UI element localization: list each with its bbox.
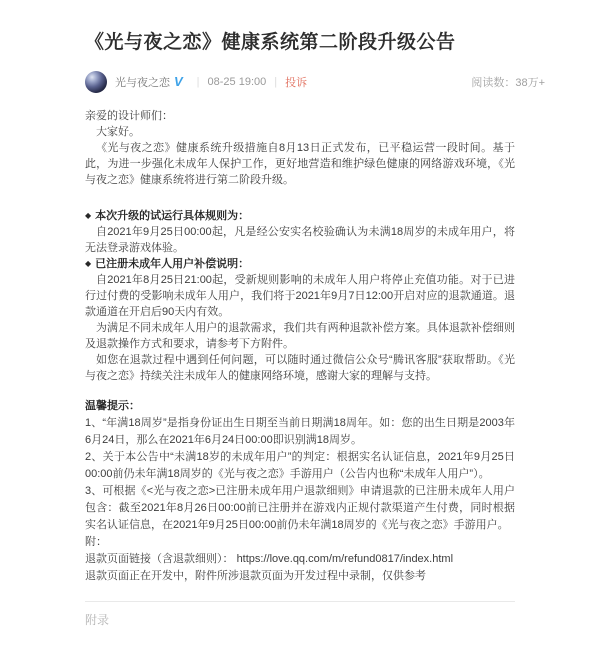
report-link[interactable]: 投诉: [285, 74, 307, 90]
rules-paragraph: 自2021年9月25日00:00起，凡是经公安实名校验确认为未满18周岁的未成年…: [85, 224, 515, 256]
tip-item-2: 2、关于本公告中“未满18岁的未成年用户”的判定：根据实名认证信息，2021年9…: [85, 449, 515, 483]
refund-note-line: 退款页面正在开发中，附件所涉退款页面为开发过程中录制，仅供参考: [85, 568, 515, 585]
section-title-compensation: ◆已注册未成年人用户补偿说明：: [85, 256, 515, 272]
diamond-bullet-icon: ◆: [85, 211, 91, 220]
greeting-line: 亲爱的设计师们：: [85, 108, 515, 124]
meta-separator: |: [197, 76, 200, 88]
author-avatar[interactable]: [85, 71, 107, 93]
compensation-paragraph-3: 如您在退款过程中遇到任何问题，可以随时通过微信公众号“腾讯客服”获取帮助。《光与…: [85, 352, 515, 384]
read-count-label: 阅读数：38万+: [471, 74, 545, 90]
refund-link-url[interactable]: https://love.qq.com/m/refund0817/index.h…: [237, 553, 453, 565]
tips-section: 温馨提示： 1、“年满18周岁”是指身份证出生日期至当前日期满18周年。如：您的…: [85, 398, 515, 585]
tips-title: 温馨提示：: [85, 398, 515, 415]
meta-separator: |: [274, 76, 277, 88]
attachment-label: 附：: [85, 534, 515, 551]
article-body: 亲爱的设计师们： 大家好。 《光与夜之恋》健康系统升级措施自8月13日正式发布，…: [85, 108, 515, 585]
publish-date: 08-25 19:00: [208, 76, 267, 88]
verified-badge-icon: V: [174, 74, 183, 89]
section-title-compensation-text: 已注册未成年人用户补偿说明：: [95, 258, 249, 270]
hello-line: 大家好。: [85, 124, 515, 140]
intro-paragraph: 《光与夜之恋》健康系统升级措施自8月13日正式发布，已平稳运营一段时间。基于此，…: [85, 140, 515, 188]
refund-link-label: 退款页面链接（含退款细则）：: [85, 553, 237, 565]
tip-item-1: 1、“年满18周岁”是指身份证出生日期至当前日期满18周年。如：您的出生日期是2…: [85, 415, 515, 449]
diamond-bullet-icon: ◆: [85, 259, 91, 268]
compensation-paragraph-2: 为满足不同未成年人用户的退款需求，我们共有两种退款补偿方案。具体退款补偿细则及退…: [85, 320, 515, 352]
refund-link-line: 退款页面链接（含退款细则）： https://love.qq.com/m/ref…: [85, 551, 515, 568]
section-title-rules: ◆本次升级的试运行具体规则为：: [85, 208, 515, 224]
author-name[interactable]: 光与夜之恋: [115, 74, 170, 90]
article-page: 《光与夜之恋》健康系统第二阶段升级公告 光与夜之恋 V | 08-25 19:0…: [0, 0, 600, 628]
section-title-rules-text: 本次升级的试运行具体规则为：: [95, 210, 249, 222]
tip-item-3: 3、可根据《<光与夜之恋>已注册未成年用户退款细则》申请退款的已注册未成年人用户…: [85, 483, 515, 534]
article-title: 《光与夜之恋》健康系统第二阶段升级公告: [85, 30, 545, 56]
article-meta-row: 光与夜之恋 V | 08-25 19:00 | 投诉 阅读数：38万+: [85, 70, 545, 94]
appendix-label: 附录: [85, 602, 515, 628]
compensation-paragraph-1: 自2021年8月25日21:00起，受新规则影响的未成年人用户将停止充值功能。对…: [85, 272, 515, 320]
